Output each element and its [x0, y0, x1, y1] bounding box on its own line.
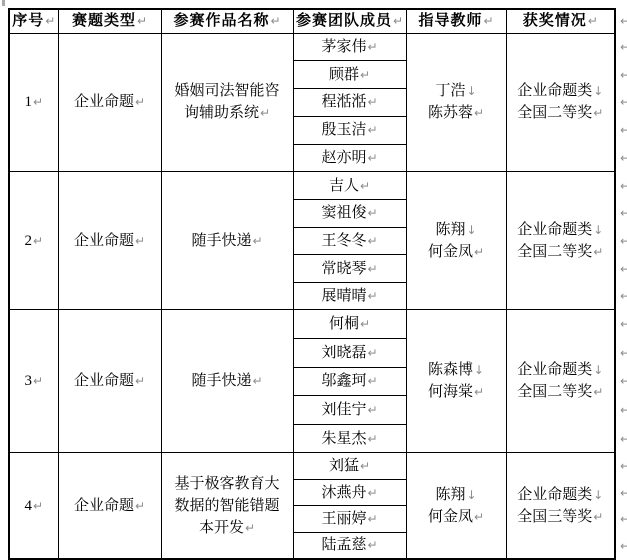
work-cell[interactable]: 随手快递↵ [161, 310, 293, 453]
header-label: 获奖情况 [523, 13, 587, 29]
award-line: 企业命题类 [517, 83, 592, 99]
cell-end-mark: ↵ [593, 245, 603, 259]
row-end-mark: ↵ [620, 263, 627, 275]
work-line: 随手快递 [191, 233, 251, 249]
seq-number: 3 [24, 373, 32, 389]
member-cell[interactable]: 陆孟慈↵ [293, 532, 406, 559]
seq-number: 1 [24, 94, 32, 110]
line-break-mark: ↓ [593, 84, 603, 98]
cell-end-mark: ↵ [593, 385, 603, 399]
header-label: 赛题类型 [72, 13, 136, 29]
line-break-mark: ↓ [466, 488, 476, 502]
type-text: 企业命题 [74, 498, 134, 514]
work-cell[interactable]: 婚姻司法智能咨询辅助系统↵ [161, 33, 293, 172]
cell-end-mark: ↵ [588, 14, 598, 28]
member-cell[interactable]: 刘晓磊↵ [293, 339, 406, 368]
seq-cell[interactable]: 3↵ [9, 310, 58, 453]
member-name: 刘猛 [329, 458, 359, 474]
award-cell[interactable]: 企业命题类↓全国二等奖↵ [506, 310, 615, 453]
seq-cell[interactable]: 1↵ [9, 33, 58, 172]
cell-end-mark: ↵ [367, 95, 377, 109]
cell-end-mark: ↵ [137, 14, 147, 28]
member-name: 常晓琴 [321, 261, 366, 277]
cell-end-mark: ↵ [367, 234, 377, 248]
award-line: 全国二等奖 [517, 105, 592, 121]
member-name: 王冬冬 [321, 233, 366, 249]
member-cell[interactable]: 刘猛↵ [293, 453, 406, 480]
member-cell[interactable]: 程湉湉↵ [293, 89, 406, 117]
table-row: 2↵ 企业命题↵ 随手快递↵ 吉人↵ 陈翔↓何金凤↵ 企业命题类↓全国二等奖↵ [9, 172, 615, 200]
member-name: 窦祖俊 [321, 205, 366, 221]
row-end-mark: ↵ [620, 404, 627, 416]
type-cell[interactable]: 企业命题↵ [58, 172, 161, 310]
seq-cell[interactable]: 2↵ [9, 172, 58, 310]
row-end-mark: ↵ [620, 15, 627, 27]
row-end-mark: ↵ [620, 207, 627, 219]
type-cell[interactable]: 企业命题↵ [58, 453, 161, 559]
member-cell[interactable]: 窦祖俊↵ [293, 200, 406, 228]
member-cell[interactable]: 常晓琴↵ [293, 255, 406, 283]
row-end-mark: ↵ [620, 152, 627, 164]
cell-end-mark: ↵ [135, 95, 145, 109]
work-line: 婚姻司法智能咨 [174, 83, 279, 99]
advisor-name: 陈森博 [428, 362, 473, 378]
member-cell[interactable]: 王丽婷↵ [293, 506, 406, 533]
cell-end-mark: ↵ [360, 317, 370, 331]
row-end-mark: ↵ [620, 540, 627, 552]
cell-end-mark: ↵ [367, 486, 377, 500]
row-end-mark: ↵ [620, 69, 627, 81]
line-break-mark: ↓ [593, 223, 603, 237]
table-row: 4↵ 企业命题↵ 基于极客教育大数据的智能错题本开发↵ 刘猛↵ 陈翔↓何金凤↵ … [9, 453, 615, 480]
member-cell[interactable]: 展晴晴↵ [293, 282, 406, 310]
type-text: 企业命题 [74, 373, 134, 389]
member-name: 吉人 [329, 178, 359, 194]
member-name: 刘晓磊 [321, 345, 366, 361]
row-end-mark: ↵ [620, 433, 627, 445]
type-text: 企业命题 [74, 233, 134, 249]
cell-end-mark: ↵ [367, 262, 377, 276]
row-end-mark: ↵ [620, 375, 627, 387]
row-end-mark: ↵ [620, 513, 627, 525]
type-cell[interactable]: 企业命题↵ [58, 310, 161, 453]
member-cell[interactable]: 殷玉洁↵ [293, 116, 406, 144]
advisor-name: 何金凤 [428, 244, 473, 260]
cell-end-mark: ↵ [33, 234, 43, 248]
cell-end-mark: ↵ [474, 385, 484, 399]
cell-end-mark: ↵ [360, 179, 370, 193]
award-line: 全国二等奖 [517, 384, 592, 400]
cell-end-mark: ↵ [367, 40, 377, 54]
work-line: 基于极客教育大 [174, 476, 279, 492]
cell-end-mark: ↵ [367, 346, 377, 360]
cell-end-mark: ↵ [367, 432, 377, 446]
award-cell[interactable]: 企业命题类↓全国三等奖↵ [506, 453, 615, 559]
award-line: 企业命题类 [517, 222, 592, 238]
cell-end-mark: ↵ [135, 374, 145, 388]
member-name: 沐燕舟 [321, 485, 366, 501]
member-name: 顾群 [329, 67, 359, 83]
type-cell[interactable]: 企业命题↵ [58, 33, 161, 172]
row-end-mark: ↵ [620, 180, 627, 192]
cell-end-mark: ↵ [483, 14, 493, 28]
cell-end-mark: ↵ [252, 374, 262, 388]
cell-end-mark: ↵ [135, 234, 145, 248]
cell-end-mark: ↵ [367, 289, 377, 303]
line-break-mark: ↓ [474, 363, 484, 377]
member-cell[interactable]: 赵亦明↵ [293, 144, 406, 172]
row-end-mark: ↵ [620, 347, 627, 359]
cell-end-mark: ↵ [245, 521, 255, 535]
work-cell[interactable]: 基于极客教育大数据的智能错题本开发↵ [161, 453, 293, 559]
award-cell[interactable]: 企业命题类↓全国二等奖↵ [506, 172, 615, 310]
member-name: 殷玉洁 [321, 122, 366, 138]
table-row: 1↵ 企业命题↵ 婚姻司法智能咨询辅助系统↵ 茅家伟↵ 丁浩↓陈苏蓉↵ 企业命题… [9, 33, 615, 61]
advisor-cell[interactable]: 陈森博↓何海棠↵ [406, 310, 506, 453]
header-row: 序号↵ 赛题类型↵ 参赛作品名称↵ 参赛团队成员↵ 指导教师↵ 获奖情况↵ [9, 9, 615, 33]
header-label: 参赛团队成员 [296, 13, 392, 29]
cell-end-mark: ↵ [360, 459, 370, 473]
advisor-cell[interactable]: 丁浩↓陈苏蓉↵ [406, 33, 506, 172]
line-break-mark: ↓ [466, 84, 476, 98]
cell-end-mark: ↵ [474, 245, 484, 259]
row-end-mark: ↵ [620, 235, 627, 247]
cell-end-mark: ↵ [367, 538, 377, 552]
member-cell[interactable]: 吉人↵ [293, 172, 406, 200]
header-cell-work[interactable]: 参赛作品名称↵ [161, 9, 293, 33]
member-cell[interactable]: 茅家伟↵ [293, 33, 406, 61]
award-cell[interactable]: 企业命题类↓全国二等奖↵ [506, 33, 615, 172]
seq-number: 2 [24, 233, 32, 249]
member-name: 茅家伟 [321, 39, 366, 55]
advisor-name: 何海棠 [428, 384, 473, 400]
cell-end-mark: ↵ [474, 510, 484, 524]
advisor-name: 陈翔 [435, 222, 465, 238]
header-label: 指导教师 [418, 13, 482, 29]
line-break-mark: ↓ [593, 363, 603, 377]
advisor-name: 陈翔 [435, 487, 465, 503]
member-name: 何桐 [329, 316, 359, 332]
award-line: 全国三等奖 [517, 509, 592, 525]
cell-end-mark: ↵ [270, 14, 280, 28]
member-cell[interactable]: 何桐↵ [293, 310, 406, 339]
header-cell-members[interactable]: 参赛团队成员↵ [293, 9, 406, 33]
header-label: 序号 [12, 13, 44, 29]
cell-end-mark: ↵ [367, 151, 377, 165]
cell-end-mark: ↵ [135, 499, 145, 513]
cell-end-mark: ↵ [367, 374, 377, 388]
member-name: 王丽婷 [321, 511, 366, 527]
row-end-mark: ↵ [620, 460, 627, 472]
work-line: 数据的智能错题 [174, 498, 279, 514]
cell-end-mark: ↵ [33, 374, 43, 388]
clipped-paragraph-mark [2, 0, 5, 6]
member-name: 程湉湉 [321, 94, 366, 110]
member-cell[interactable]: 刘佳宁↵ [293, 396, 406, 425]
cell-end-mark: ↵ [367, 403, 377, 417]
cell-end-mark: ↵ [33, 499, 43, 513]
member-name: 朱星杰 [321, 431, 366, 447]
awards-table: 序号↵ 赛题类型↵ 参赛作品名称↵ 参赛团队成员↵ 指导教师↵ 获奖情况↵ 1↵… [8, 8, 616, 560]
document-page: 序号↵ 赛题类型↵ 参赛作品名称↵ 参赛团队成员↵ 指导教师↵ 获奖情况↵ 1↵… [0, 0, 627, 560]
cell-end-mark: ↵ [260, 106, 270, 120]
advisor-name: 何金凤 [428, 509, 473, 525]
row-end-mark: ↵ [620, 96, 627, 108]
advisor-cell[interactable]: 陈翔↓何金凤↵ [406, 453, 506, 559]
work-cell[interactable]: 随手快递↵ [161, 172, 293, 310]
header-cell-award[interactable]: 获奖情况↵ [506, 9, 615, 33]
cell-end-mark: ↵ [367, 123, 377, 137]
cell-end-mark: ↵ [474, 106, 484, 120]
cell-end-mark: ↵ [593, 510, 603, 524]
cell-end-mark: ↵ [45, 14, 55, 28]
work-line: 随手快递 [191, 373, 251, 389]
header-cell-seq[interactable]: 序号↵ [9, 9, 58, 33]
member-cell[interactable]: 朱星杰↵ [293, 424, 406, 453]
member-name: 展晴晴 [321, 288, 366, 304]
header-cell-type[interactable]: 赛题类型↵ [58, 9, 161, 33]
cell-end-mark: ↵ [367, 512, 377, 526]
member-cell[interactable]: 邬鑫珂↵ [293, 367, 406, 396]
member-name: 邬鑫珂 [321, 373, 366, 389]
cell-end-mark: ↵ [367, 206, 377, 220]
member-name: 刘佳宁 [321, 402, 366, 418]
row-end-mark: ↵ [620, 487, 627, 499]
cell-end-mark: ↵ [593, 106, 603, 120]
member-name: 陆孟慈 [321, 537, 366, 553]
member-cell[interactable]: 顾群↵ [293, 61, 406, 89]
line-break-mark: ↓ [593, 488, 603, 502]
advisor-name: 丁浩 [435, 83, 465, 99]
work-line: 本开发 [199, 520, 244, 536]
cell-end-mark: ↵ [252, 234, 262, 248]
member-cell[interactable]: 王冬冬↵ [293, 227, 406, 255]
member-name: 赵亦明 [321, 150, 366, 166]
type-text: 企业命题 [74, 94, 134, 110]
header-label: 参赛作品名称 [173, 13, 269, 29]
row-end-mark: ↵ [620, 290, 627, 302]
cell-end-mark: ↵ [393, 14, 403, 28]
line-break-mark: ↓ [466, 223, 476, 237]
seq-cell[interactable]: 4↵ [9, 453, 58, 559]
seq-number: 4 [24, 498, 32, 514]
header-cell-advisor[interactable]: 指导教师↵ [406, 9, 506, 33]
cell-end-mark: ↵ [33, 95, 43, 109]
award-line: 企业命题类 [517, 362, 592, 378]
advisor-cell[interactable]: 陈翔↓何金凤↵ [406, 172, 506, 310]
work-line: 询辅助系统 [184, 105, 259, 121]
cell-end-mark: ↵ [360, 68, 370, 82]
row-end-mark: ↵ [620, 318, 627, 330]
award-line: 企业命题类 [517, 487, 592, 503]
row-end-mark: ↵ [620, 41, 627, 53]
award-line: 全国二等奖 [517, 244, 592, 260]
member-cell[interactable]: 沐燕舟↵ [293, 479, 406, 506]
row-end-mark: ↵ [620, 124, 627, 136]
advisor-name: 陈苏蓉 [428, 105, 473, 121]
table-row: 3↵ 企业命题↵ 随手快递↵ 何桐↵ 陈森博↓何海棠↵ 企业命题类↓全国二等奖↵ [9, 310, 615, 339]
